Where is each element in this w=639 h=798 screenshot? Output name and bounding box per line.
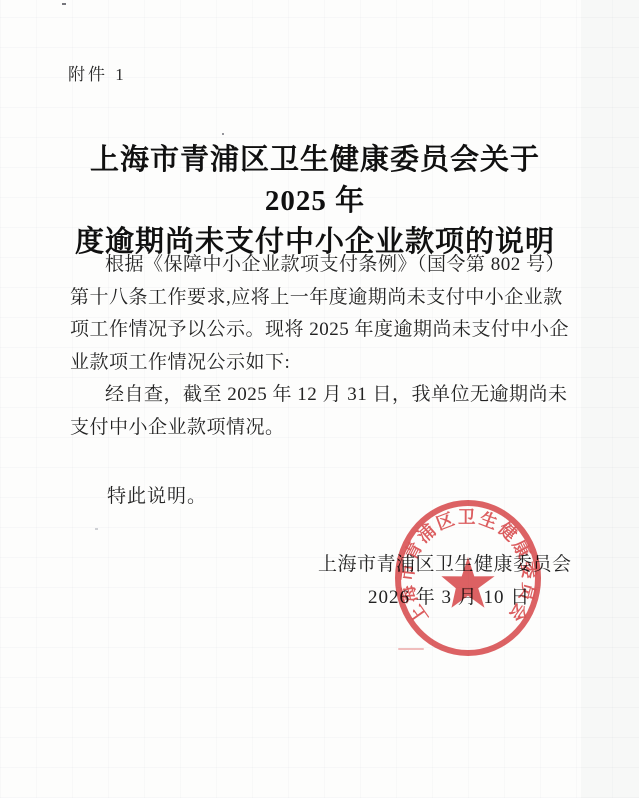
scan-speck [222, 133, 224, 135]
document-page: 附件 1 上海市青浦区卫生健康委员会关于 2025 年 度逾期尚未支付中小企业款… [0, 0, 639, 798]
scan-speck [95, 528, 98, 530]
seal-outer-ring [398, 503, 538, 653]
attachment-label: 附件 1 [68, 60, 127, 85]
official-seal-stamp: 上海市青浦区卫生健康委员会 [383, 493, 553, 663]
scan-speck [62, 3, 66, 5]
document-title: 上海市青浦区卫生健康委员会关于 2025 年 度逾期尚未支付中小企业款项的说明 [60, 140, 570, 263]
scan-speck [398, 648, 424, 650]
scan-edge-shading [581, 0, 639, 798]
paragraph1-line4: 业款项工作情况公示如下: [70, 347, 570, 380]
signature-organization: 上海市青浦区卫生健康委员会 [318, 549, 572, 576]
document-title-line1: 上海市青浦区卫生健康委员会关于 2025 年 [60, 140, 570, 222]
paragraph2-line2: 支付中小企业款项情况。 [70, 412, 570, 445]
paragraph1-line1: 根据《保障中小企业款项支付条例》（国令第 802 号） [70, 249, 570, 282]
paragraph2-line1: 经自查，截至 2025 年 12 月 31 日，我单位无逾期尚未 [70, 379, 570, 412]
signature-date: 2026 年 3 月 10 日 [368, 582, 530, 609]
paragraph1-line3: 项工作情况予以公示。现将 2025 年度逾期尚未支付中小企 [70, 314, 570, 347]
document-body: 根据《保障中小企业款项支付条例》（国令第 802 号） 第十八条工作要求,应将上… [70, 249, 570, 444]
paragraph1-line2: 第十八条工作要求,应将上一年度逾期尚未支付中小企业款 [70, 282, 570, 315]
closing-statement: 特此说明。 [70, 481, 470, 508]
